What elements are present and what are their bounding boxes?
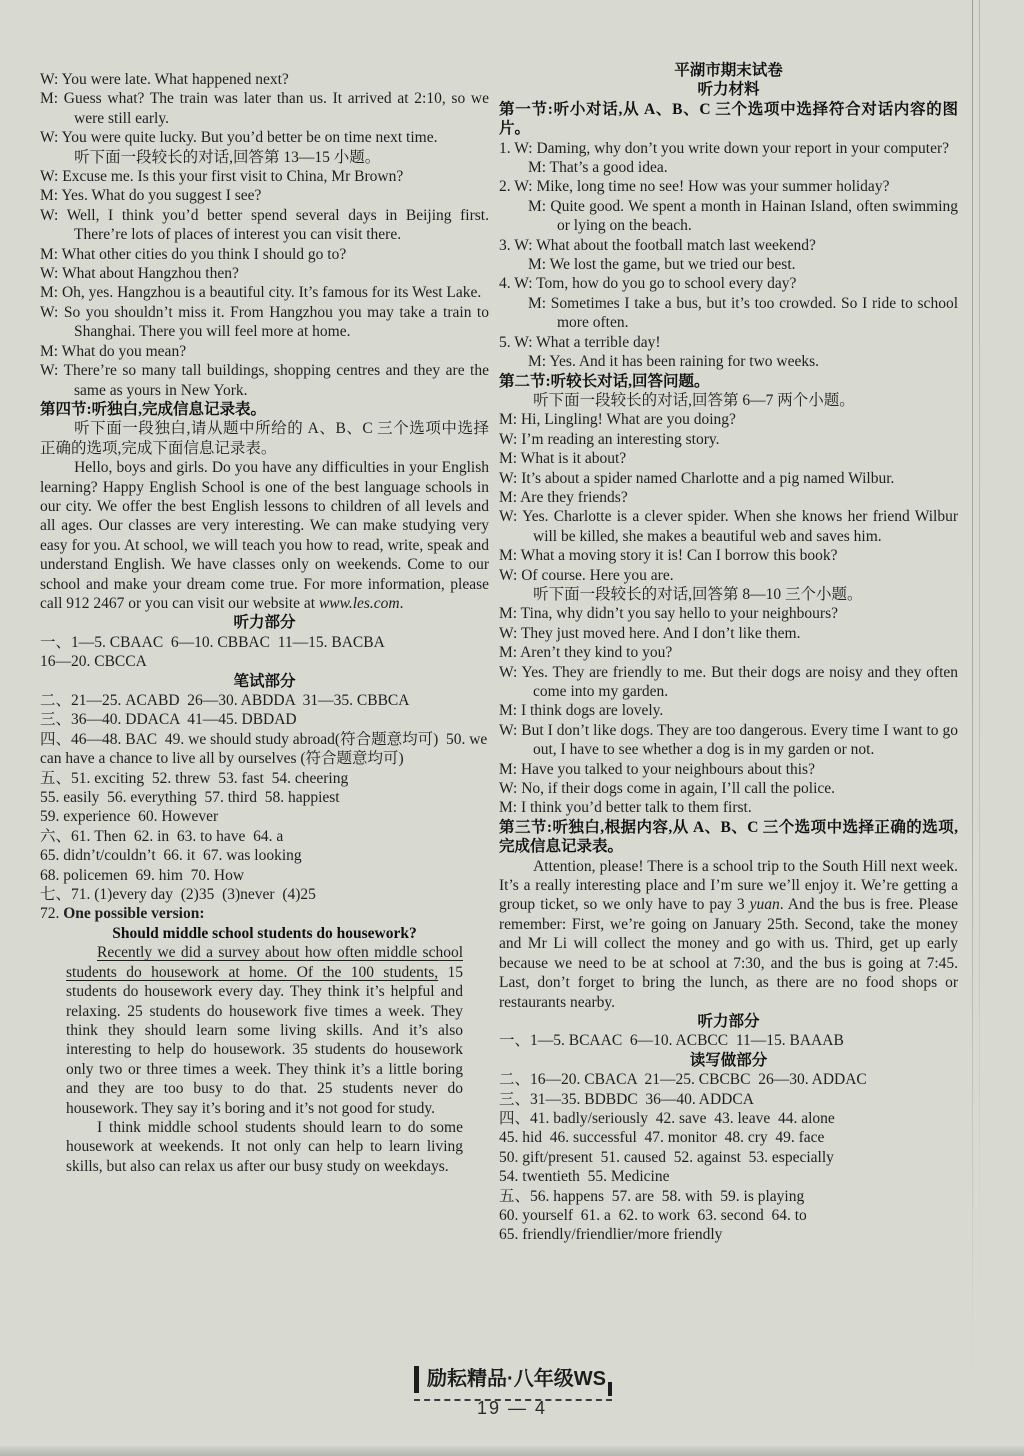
dialog-reply-line: M: Quite good. We spent a month in Haina…	[499, 197, 958, 236]
answers-line: 72. One possible version:	[40, 904, 489, 923]
instruction-note: 听下面一段独白,请从题中所给的 A、B、C 三个选项中选择正确的选项,完成下面信…	[40, 419, 489, 458]
dialog-line: W: No, if their dogs come in again, I’ll…	[499, 779, 958, 798]
dialog-line: W: Yes. Charlotte is a clever spider. Wh…	[499, 507, 958, 546]
dialog-line: M: I think you’d better talk to them fir…	[499, 798, 958, 817]
numbered-dialog-line: 3. W: What about the football match last…	[499, 236, 958, 255]
answers-line: 四、41. badly/seriously 42. save 43. leave…	[499, 1109, 958, 1128]
dialog-line: W: Of course. Here you are.	[499, 566, 958, 585]
answers-line: 五、56. happens 57. are 58. with 59. is pl…	[499, 1187, 958, 1206]
dialog-line: W: Well, I think you’d better spend seve…	[40, 206, 489, 245]
section-heading: 第三节:听独白,根据内容,从 A、B、C 三个选项中选择正确的选项,完成信息记录…	[499, 818, 958, 857]
center-heading: 平湖市期末试卷	[499, 61, 958, 80]
answers-line: 二、16—20. CBACA 21—25. CBCBC 26—30. ADDAC	[499, 1070, 958, 1089]
brand-logo: 励耘精品·八年级WS	[414, 1366, 610, 1393]
dialog-line: M: What do you mean?	[40, 342, 489, 361]
dialog-reply-line: M: Sometimes I take a bus, but it’s too …	[499, 294, 958, 333]
answers-line: 65. friendly/friendlier/more friendly	[499, 1225, 958, 1244]
section-heading: 第二节:听较长对话,回答问题。	[499, 372, 958, 391]
dialog-line: W: Excuse me. Is this your first visit t…	[40, 167, 489, 186]
dialog-line: M: What other cities do you think I shou…	[40, 245, 489, 264]
answers-line: 七、71. (1)every day (2)35 (3)never (4)25	[40, 885, 489, 904]
dialog-line: M: What a moving story it is! Can I borr…	[499, 546, 958, 565]
scanned-answer-page: { "page": { "background": "#d8dad2", "fo…	[0, 0, 1024, 1456]
dialog-line: W: There’re so many tall buildings, shop…	[40, 361, 489, 400]
dialog-line: W: What about Hangzhou then?	[40, 264, 489, 283]
footer: 励耘精品·八年级WS	[0, 1366, 1024, 1393]
answers-line: 一、1—5. CBAAC 6—10. CBBAC 11—15. BACBA	[40, 633, 489, 652]
answers-line: 六、61. Then 62. in 63. to have 64. a	[40, 827, 489, 846]
paragraph: Hello, boys and girls. Do you have any d…	[40, 458, 489, 613]
numbered-dialog-line: 5. W: What a terrible day!	[499, 333, 958, 352]
dialog-reply-line: M: Yes. And it has been raining for two …	[499, 352, 958, 371]
answers-line: 四、46—48. BAC 49. we should study abroad(…	[40, 730, 489, 769]
dialog-line: W: I’m reading an interesting story.	[499, 430, 958, 449]
answers-line: 45. hid 46. successful 47. monitor 48. c…	[499, 1128, 958, 1147]
dialog-line: M: What is it about?	[499, 449, 958, 468]
answers-line: 16—20. CBCCA	[40, 652, 489, 671]
dialog-line: M: Guess what? The train was later than …	[40, 89, 489, 128]
dialog-line: M: Tina, why didn’t you say hello to you…	[499, 604, 958, 623]
instruction-note: 听下面一段较长的对话,回答第 13—15 小题。	[40, 148, 489, 167]
answers-line: 65. didn’t/couldn’t 66. it 67. was looki…	[40, 846, 489, 865]
dialog-line: W: It’s about a spider named Charlotte a…	[499, 469, 958, 488]
center-heading: 听力部分	[40, 613, 489, 632]
answers-line: 54. twentieth 55. Medicine	[499, 1167, 958, 1186]
page-number: 19 — 4	[0, 1398, 1024, 1419]
center-heading: 听力部分	[499, 1012, 958, 1031]
dialog-line: M: Aren’t they kind to you?	[499, 643, 958, 662]
dialog-line: W: You were late. What happened next?	[40, 70, 489, 89]
section-heading: 第一节:听小对话,从 A、B、C 三个选项中选择符合对话内容的图片。	[499, 100, 958, 139]
left-column: W: You were late. What happened next?M: …	[40, 70, 489, 1176]
numbered-dialog-line: 2. W: Mike, long time no see! How was yo…	[499, 177, 958, 196]
answers-line: 60. yourself 61. a 62. to work 63. secon…	[499, 1206, 958, 1225]
answers-line: 五、51. exciting 52. threw 53. fast 54. ch…	[40, 769, 489, 788]
page-crease-line-light	[979, 0, 980, 1456]
center-heading: 读写做部分	[499, 1051, 958, 1070]
answers-line: 68. policemen 69. him 70. How	[40, 866, 489, 885]
answers-line: 59. experience 60. However	[40, 807, 489, 826]
section-heading: 第四节:听独白,完成信息记录表。	[40, 400, 489, 419]
answers-line: 一、1—5. BCAAC 6—10. ACBCC 11—15. BAAAB	[499, 1031, 958, 1050]
numbered-dialog-line: 4. W: Tom, how do you go to school every…	[499, 274, 958, 293]
answers-line: 55. easily 56. everything 57. third 58. …	[40, 788, 489, 807]
instruction-note: 听下面一段较长的对话,回答第 8—10 三个小题。	[499, 585, 958, 604]
answers-line: 三、36—40. DDACA 41—45. DBDAD	[40, 710, 489, 729]
center-heading: 笔试部分	[40, 672, 489, 691]
dialog-line: M: I think dogs are lovely.	[499, 701, 958, 720]
dialog-line: M: Hi, Lingling! What are you doing?	[499, 410, 958, 429]
essay-paragraph: I think middle school students should le…	[66, 1118, 463, 1176]
right-column: 平湖市期末试卷听力材料第一节:听小对话,从 A、B、C 三个选项中选择符合对话内…	[499, 61, 958, 1245]
answers-line: 三、31—35. BDBDC 36—40. ADDCA	[499, 1090, 958, 1109]
essay-title: Should middle school students do housewo…	[40, 924, 489, 943]
numbered-dialog-line: 1. W: Daming, why don’t you write down y…	[499, 139, 958, 158]
dialog-line: M: Have you talked to your neighbours ab…	[499, 760, 958, 779]
dialog-reply-line: M: We lost the game, but we tried our be…	[499, 255, 958, 274]
page-crease-line	[972, 0, 973, 1456]
dialog-line: M: Are they friends?	[499, 488, 958, 507]
dialog-line: M: Oh, yes. Hangzhou is a beautiful city…	[40, 283, 489, 302]
dialog-line: W: You were quite lucky. But you’d bette…	[40, 128, 489, 147]
dialog-line: W: But I don’t like dogs. They are too d…	[499, 721, 958, 760]
paragraph: Attention, please! There is a school tri…	[499, 857, 958, 1012]
dialog-reply-line: M: That’s a good idea.	[499, 158, 958, 177]
answers-line: 50. gift/present 51. caused 52. against …	[499, 1148, 958, 1167]
bottom-scan-edge	[0, 1446, 1024, 1456]
center-heading: 听力材料	[499, 80, 958, 99]
dialog-line: W: Yes. They are friendly to me. But the…	[499, 663, 958, 702]
answers-line: 二、21—25. ACABD 26—30. ABDDA 31—35. CBBCA	[40, 691, 489, 710]
dialog-line: W: They just moved here. And I don’t lik…	[499, 624, 958, 643]
dialog-line: W: So you shouldn’t miss it. From Hangzh…	[40, 303, 489, 342]
essay-paragraph: Recently we did a survey about how often…	[66, 943, 463, 1118]
dialog-line: M: Yes. What do you suggest I see?	[40, 186, 489, 205]
instruction-note: 听下面一段较长的对话,回答第 6—7 两个小题。	[499, 391, 958, 410]
